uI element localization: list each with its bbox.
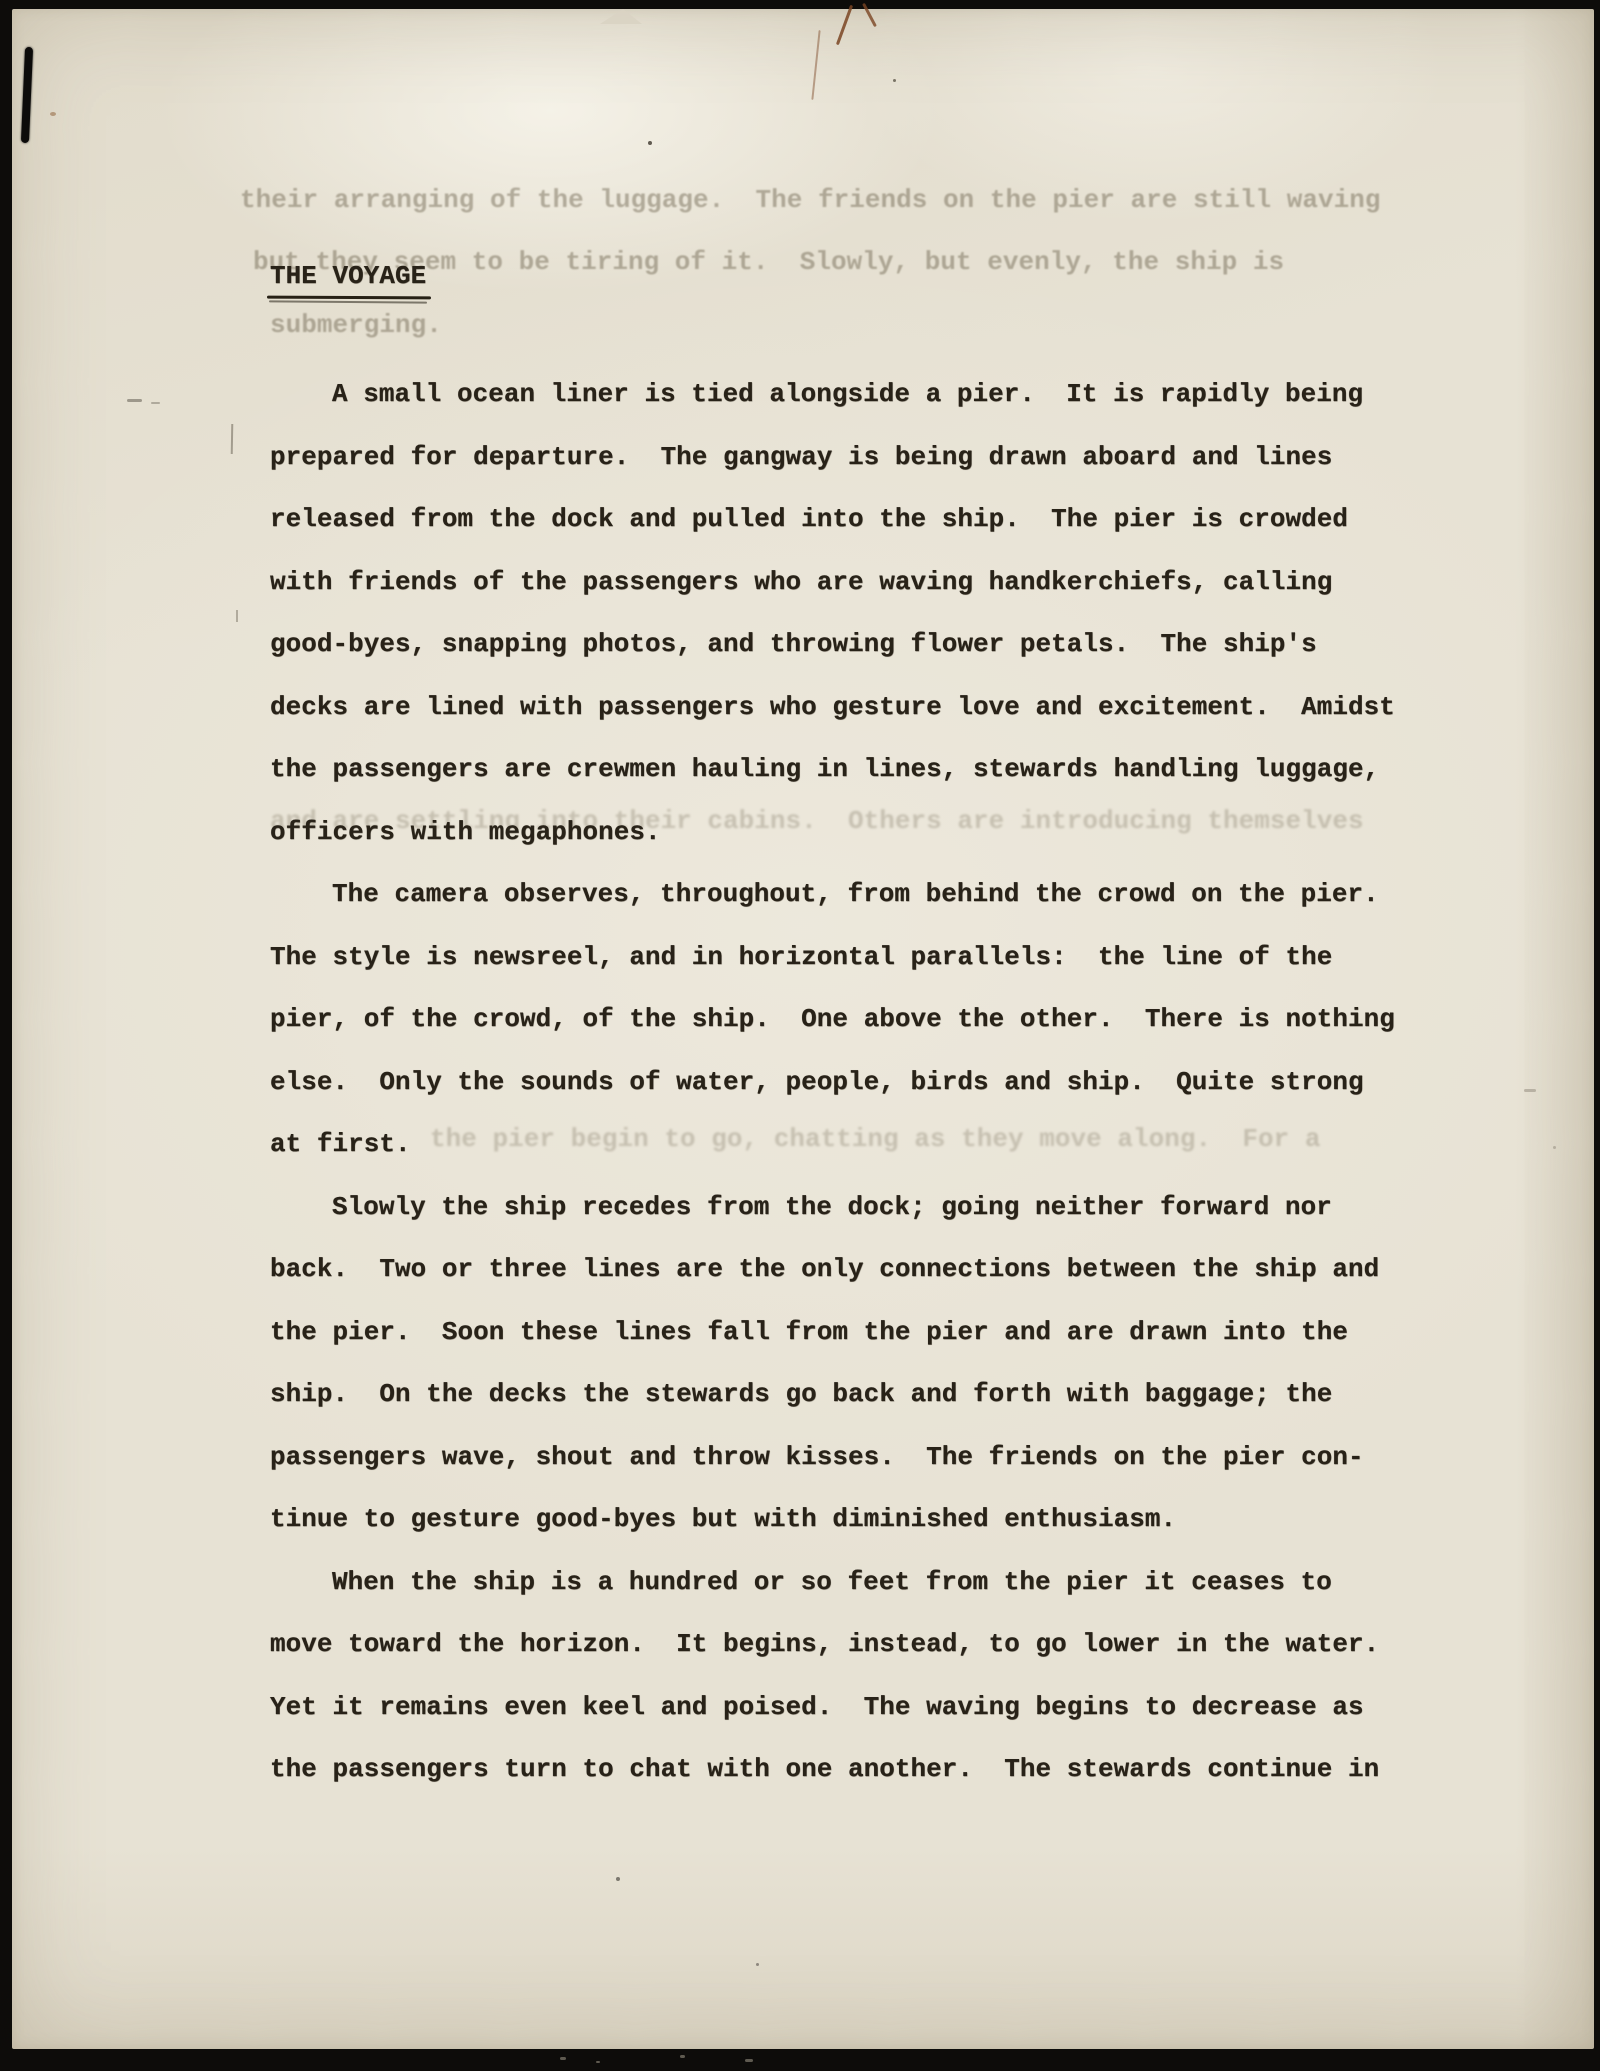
ink-speck — [648, 141, 652, 145]
body-line: passengers wave, shout and throw kisses.… — [270, 1442, 1364, 1472]
scanned-page-photo: their arranging of the luggage. The frie… — [0, 0, 1600, 2071]
margin-dash-mark — [127, 399, 142, 402]
body-line: else. Only the sounds of water, people, … — [270, 1067, 1364, 1097]
body-line: the passengers are crewmen hauling in li… — [270, 754, 1379, 784]
page-title: THE VOYAGE — [270, 261, 426, 291]
bottom-edge-debris — [560, 2057, 566, 2060]
ink-speck — [893, 79, 896, 82]
body-line: A small ocean liner is tied alongside a … — [270, 379, 1363, 409]
rust-stain — [50, 112, 56, 116]
margin-dot-mark — [1553, 1146, 1556, 1149]
body-line: move toward the horizon. It begins, inst… — [270, 1629, 1379, 1659]
body-line: Yet it remains even keel and poised. The… — [270, 1692, 1364, 1722]
body-line: The camera observes, throughout, from be… — [270, 879, 1379, 909]
body-line: decks are lined with passengers who gest… — [270, 692, 1395, 722]
body-line: ship. On the decks the stewards go back … — [270, 1379, 1332, 1409]
ink-speck — [616, 1877, 620, 1881]
body-line: officers with megaphones. — [270, 817, 661, 847]
bleedthrough-line: their arranging of the luggage. The frie… — [240, 185, 1380, 215]
body-line: with friends of the passengers who are w… — [270, 567, 1332, 597]
body-line: Slowly the ship recedes from the dock; g… — [270, 1192, 1332, 1222]
bottom-edge-debris — [680, 2055, 685, 2058]
body-line: released from the dock and pulled into t… — [270, 504, 1348, 534]
body-line: When the ship is a hundred or so feet fr… — [270, 1567, 1332, 1597]
body-line: tinue to gesture good-byes but with dimi… — [270, 1504, 1176, 1534]
bleedthrough-line: submerging. — [270, 310, 442, 340]
body-line: The style is newsreel, and in horizontal… — [270, 942, 1332, 972]
body-line: pier, of the crowd, of the ship. One abo… — [270, 1004, 1395, 1034]
margin-dash-mark — [1524, 1089, 1536, 1092]
bottom-edge-debris — [596, 2061, 600, 2063]
margin-dash-mark — [151, 402, 160, 404]
bleedthrough-line: the pier begin to go, chatting as they m… — [430, 1124, 1320, 1154]
ink-speck — [756, 1963, 759, 1966]
body-line: at first. — [270, 1129, 411, 1159]
body-line: the pier. Soon these lines fall from the… — [270, 1317, 1348, 1347]
body-line: prepared for departure. The gangway is b… — [270, 442, 1332, 472]
body-line: the passengers turn to chat with one ano… — [270, 1754, 1379, 1784]
bottom-edge-debris — [745, 2059, 753, 2062]
body-line: good-byes, snapping photos, and throwing… — [270, 629, 1317, 659]
stray-typebar-tick — [236, 610, 238, 622]
body-line: back. Two or three lines are the only co… — [270, 1254, 1379, 1284]
